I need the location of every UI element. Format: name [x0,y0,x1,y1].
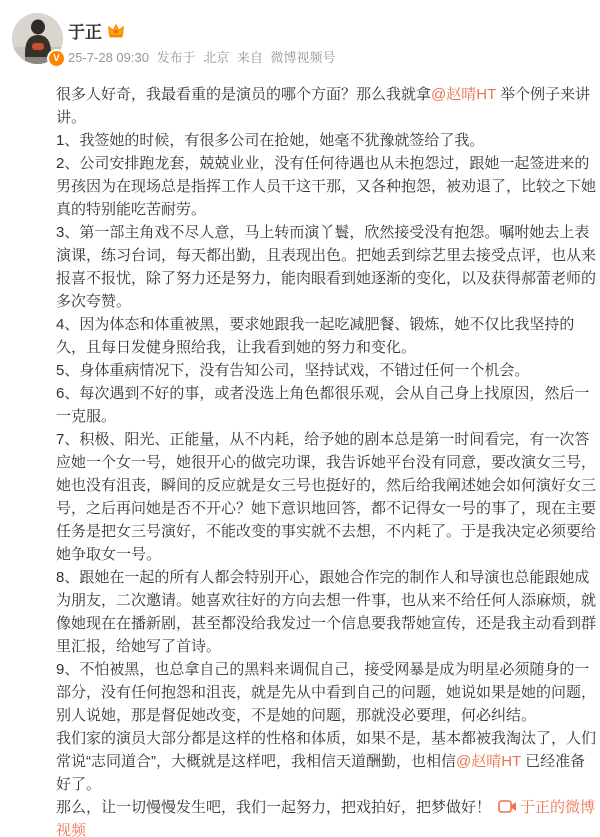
post-text: 3、第一部主角戏不尽人意，马上转而演丫鬟，欣然接受没有抱怨。嘱咐她去上表演课，练… [56,224,596,310]
post-text: 2、公司安排跑龙套，兢兢业业，没有任何待遇也从未抱怨过，跟她一起签进来的男孩因为… [56,155,596,218]
post-text: 1、我签她的时候，有很多公司在抢她，她毫不犹豫就签给了我。 [56,132,484,149]
post-text: 很多人好奇，我最看重的是演员的哪个方面？那么我就拿 [56,86,431,103]
post-text: 5、身体重病情况下，没有告知公司，坚持试戏，不错过任何一个机会。 [56,362,529,379]
post-meta: 25-7-28 09:30 发布于 北京 来自 微博视频号 [68,47,340,66]
post-paragraph: 6、每次遇到不好的事，或者没选上角色都很乐观，会从自己身上找原因，然后一一克服。 [56,382,596,428]
verified-v-icon: V [47,49,66,68]
header-info: 于正 25-7-28 09:30 发布于 北京 来自 微博视频号 [68,13,340,66]
post-paragraph: 1、我签她的时候，有很多公司在抢她，她毫不犹豫就签给了我。 [56,129,596,152]
avatar[interactable]: V [12,13,63,64]
post-text: 7、积极、阳光、正能量，从不内耗，给予她的剧本总是第一时间看完，有一次答应她一个… [56,431,596,563]
post-paragraph: 8、跟她在一起的所有人都会特别开心，跟她合作完的制作人和导演也总能跟她成为朋友，… [56,566,596,658]
post-paragraph: 5、身体重病情况下，没有告知公司，坚持试戏，不错过任何一个机会。 [56,359,596,382]
weibo-post: V 于正 25-7-28 09:30 发布于 北京 来自 微博视频号 [0,0,600,837]
source-label: 来自 [237,50,263,65]
post-text: 9、不怕被黑，也总拿自己的黑料来调侃自己，接受网暴是成为明星必须随身的一部分，没… [56,661,596,724]
mention-link[interactable]: @赵晴HT [456,753,521,770]
post-location: 北京 [203,50,229,65]
post-paragraph: 2、公司安排跑龙套，兢兢业业，没有任何待遇也从未抱怨过，跟她一起签进来的男孩因为… [56,152,596,221]
location-label: 发布于 [157,50,196,65]
post-body: 很多人好奇，我最看重的是演员的哪个方面？那么我就拿@赵晴HT 举个例子来讲讲。1… [56,83,596,837]
post-paragraph: 我们家的演员大部分都是这样的性格和体质，如果不是，基本都被我淘汰了，人们常说“志… [56,727,596,796]
username[interactable]: 于正 [68,18,102,43]
post-text: 6、每次遇到不好的事，或者没选上角色都很乐观，会从自己身上找原因，然后一一克服。 [56,385,589,425]
post-paragraph: 那么，让一切慢慢发生吧，我们一起努力，把戏拍好，把梦做好！于正的微博视频 [56,796,596,837]
video-camera-icon [498,800,517,813]
post-header: V 于正 25-7-28 09:30 发布于 北京 来自 微博视频号 [0,0,600,66]
post-paragraph: 很多人好奇，我最看重的是演员的哪个方面？那么我就拿@赵晴HT 举个例子来讲讲。 [56,83,596,129]
post-paragraph: 4、因为体态和体重被黑，要求她跟我一起吃减肥餐、锻炼，她不仅比我坚持的久，且每日… [56,313,596,359]
post-paragraph: 3、第一部主角戏不尽人意，马上转而演丫鬟，欣然接受没有抱怨。嘱咐她去上表演课，练… [56,221,596,313]
mention-link[interactable]: @赵晴HT [431,86,496,103]
post-text: 8、跟她在一起的所有人都会特别开心，跟她合作完的制作人和导演也总能跟她成为朋友，… [56,569,596,655]
post-text: 那么，让一切慢慢发生吧，我们一起努力，把戏拍好，把梦做好！ [56,799,491,816]
vip-crown-icon [108,23,124,38]
post-paragraph: 9、不怕被黑，也总拿自己的黑料来调侃自己，接受网暴是成为明星必须随身的一部分，没… [56,658,596,727]
post-paragraph: 7、积极、阳光、正能量，从不内耗，给予她的剧本总是第一时间看完，有一次答应她一个… [56,428,596,566]
post-source[interactable]: 微博视频号 [271,50,336,65]
post-time: 25-7-28 09:30 [68,50,149,65]
post-text: 4、因为体态和体重被黑，要求她跟我一起吃减肥餐、锻炼，她不仅比我坚持的久，且每日… [56,316,574,356]
